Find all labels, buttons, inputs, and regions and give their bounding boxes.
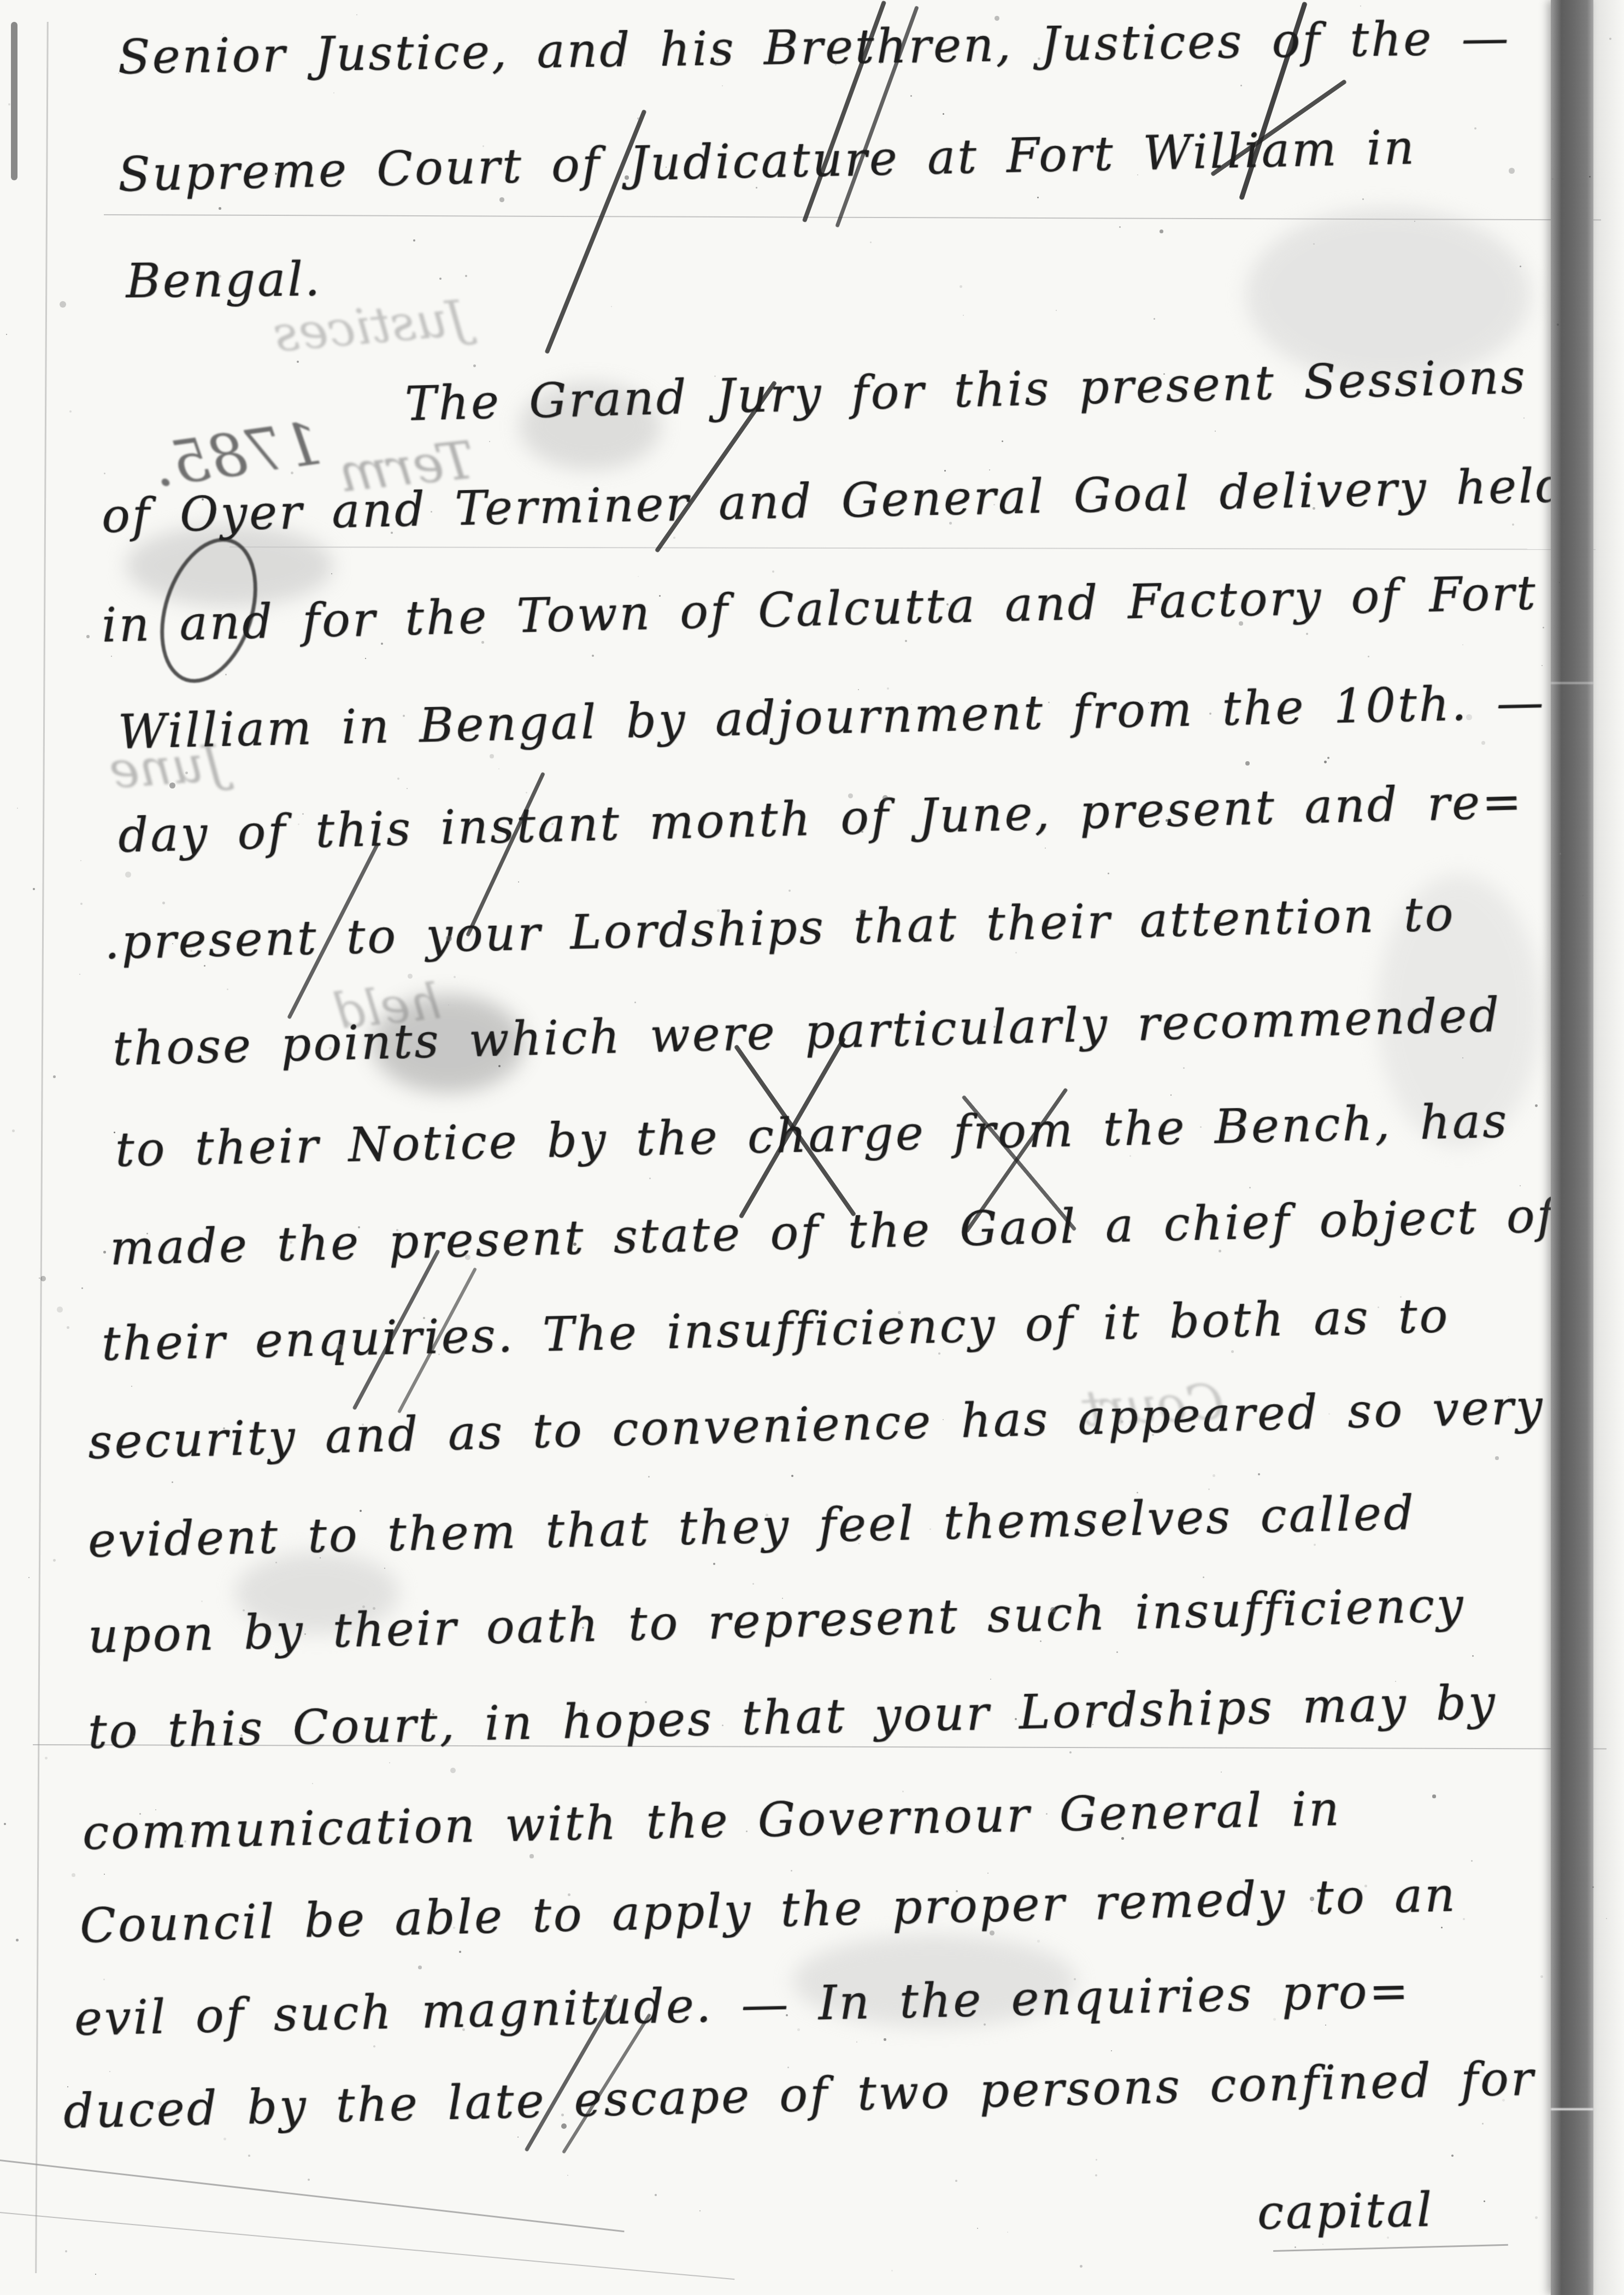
catchword: capital (1257, 2182, 1434, 2240)
manuscript-line: their enquiries. The insufficiency of it… (101, 1288, 1450, 1372)
manuscript-line: communication with the Governour General… (82, 1782, 1341, 1861)
manuscript-line: security and as to convenience has appea… (87, 1380, 1545, 1470)
manuscript-line: to their Notice by the charge from the B… (115, 1094, 1509, 1178)
page-edge-strip (1593, 0, 1624, 2295)
gutter-streak (1551, 2108, 1593, 2110)
manuscript-line: Council be able to apply the proper reme… (79, 1868, 1458, 1953)
manuscript-line: Senior Justice, and his Brethren, Justic… (117, 10, 1511, 85)
manuscript-line: Supreme Court of Judicature at Fort Will… (117, 120, 1417, 202)
catchword-underline-crease (1273, 2244, 1508, 2252)
manuscript-line: day of this instant month of June, prese… (117, 774, 1524, 863)
edge-smudge-mark (11, 22, 17, 180)
paper-crease (0, 2212, 734, 2280)
manuscript-line: Bengal. (126, 252, 322, 309)
manuscript-line: evident to them that they feel themselve… (87, 1486, 1416, 1568)
gutter-streak (1551, 682, 1593, 684)
manuscript-line: evil of such magnitude. — In the enquiri… (74, 1964, 1411, 2046)
margin-fold-line (35, 22, 49, 2273)
manuscript-line: those points which were particularly rec… (112, 988, 1502, 1076)
manuscript-line: William in Bengal by adjournment from th… (117, 675, 1546, 760)
paper-crease (230, 546, 1596, 550)
binding-gutter-shadow (1551, 0, 1593, 2295)
manuscript-line: duced by the late escape of two persons … (63, 2051, 1536, 2139)
manuscript-line: .present to your Lordships that their at… (104, 887, 1456, 970)
manuscript-line: made the present state of the Gaol a chi… (109, 1188, 1557, 1276)
manuscript-line: The Grand Jury for this present Sessions (404, 350, 1528, 432)
manuscript-page: 1785. Term June Justices held Court Seni… (0, 0, 1624, 2295)
